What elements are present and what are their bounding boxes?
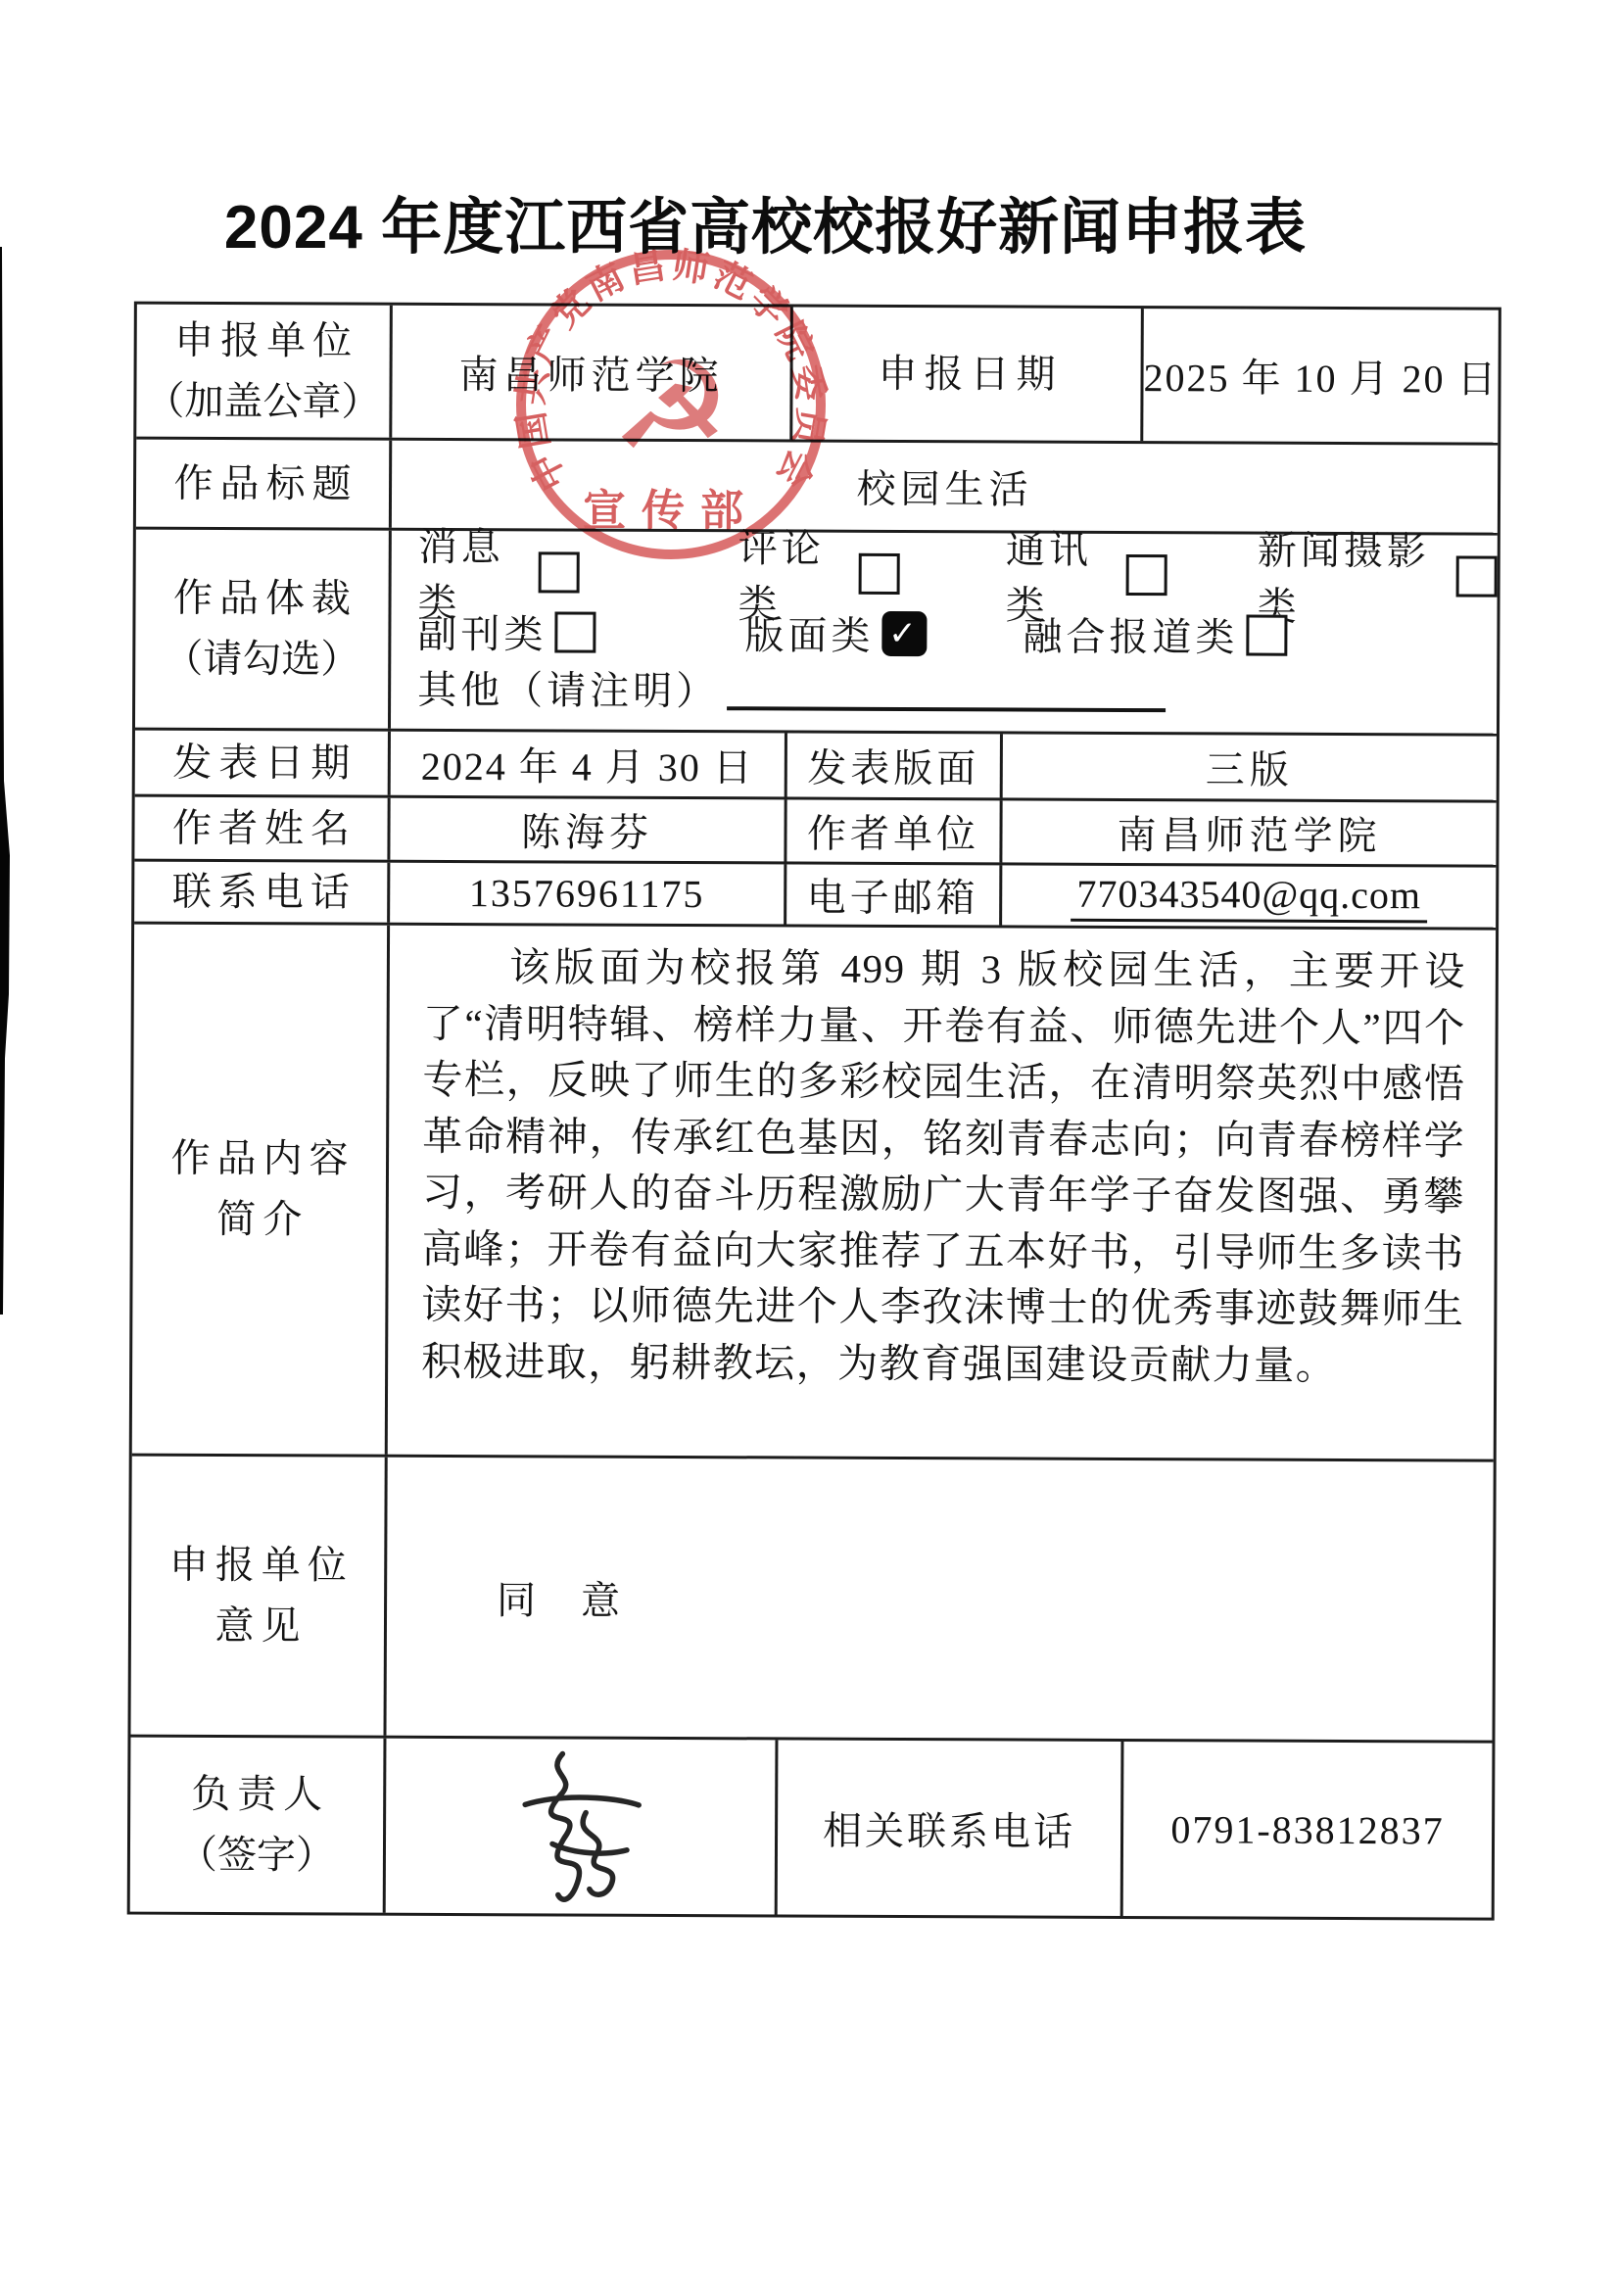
checkbox-icon: [539, 551, 580, 593]
summary-label-line1: 作品内容: [164, 1128, 355, 1190]
publish-page-label: 发表版面: [787, 733, 1003, 797]
signer-label-line2: （签字）: [178, 1825, 335, 1887]
checkbox-icon: [1246, 614, 1287, 655]
unit-opinion-value: 同 意: [386, 1458, 1493, 1741]
email-label: 电子邮箱: [786, 864, 1002, 925]
row-contact: 联系电话 13576961175 电子邮箱 770343540@qq.com: [134, 862, 1496, 931]
contact-phone-value: 13576961175: [390, 863, 786, 925]
publish-page-value: 三版: [1003, 734, 1497, 799]
genre-item: 副刊类: [417, 603, 595, 660]
summary-label-line2: 简介: [210, 1189, 309, 1250]
row-unit-opinion: 申报单位 意见 同 意: [130, 1457, 1493, 1744]
genre-other-label: 其他（请注明）: [417, 659, 719, 716]
declare-unit-label: 申报单位 （加盖公章）: [136, 305, 393, 438]
checkbox-icon: [1126, 554, 1167, 596]
scan-edge-artifact: [0, 247, 12, 1315]
related-phone-label: 相关联系电话: [778, 1740, 1124, 1916]
row-author: 作者姓名 陈海芬 作者单位 南昌师范学院: [134, 797, 1496, 868]
author-name-label: 作者姓名: [134, 797, 390, 860]
genre-item: 融合报道类: [1023, 606, 1287, 663]
summary-content: 该版面为校报第 499 期 3 版校园生活，主要开设了“清明特辑、榜样力量、开卷…: [388, 926, 1496, 1459]
publish-date-value: 2024 年 4 月 30 日: [391, 732, 787, 797]
genre-other-blank-line: [727, 667, 1166, 712]
author-unit-label: 作者单位: [786, 799, 1002, 862]
publish-date-label: 发表日期: [135, 731, 391, 795]
application-form-table: 申报单位 （加盖公章） 南昌师范学院 申报日期 2025 年 10 月 20 日…: [127, 302, 1501, 1921]
related-phone-value: 0791-83812837: [1123, 1742, 1493, 1918]
handwritten-signature: [467, 1747, 693, 1910]
summary-label: 作品内容 简介: [132, 925, 390, 1455]
unit-opinion-label-line1: 申报单位: [163, 1535, 354, 1597]
author-name-value: 陈海芬: [390, 798, 786, 862]
row-summary: 作品内容 简介 该版面为校报第 499 期 3 版校园生活，主要开设了“清明特辑…: [132, 925, 1496, 1462]
scanned-form-page: 2024 年度江西省高校校报好新闻申报表 申报单位 （加盖公章） 南昌师范学院 …: [0, 0, 1619, 2296]
unit-opinion-label-line2: 意见: [208, 1596, 307, 1656]
genre-label-line2: （请勾选）: [164, 629, 359, 691]
checkbox-icon: [554, 611, 595, 652]
contact-phone-label: 联系电话: [134, 862, 390, 923]
declare-date-label: 申报日期: [792, 308, 1144, 442]
genre-line-other: 其他（请注明）: [391, 659, 1497, 720]
declare-unit-value: 南昌师范学院: [392, 306, 793, 440]
genre-line-2: 副刊类 版面类 融合报道类: [391, 603, 1497, 664]
genre-options: 消息类 评论类 通讯类 新闻摄影类 副刊类 版面类 融合报道类 其他（请注明）: [391, 531, 1498, 734]
genre-label-line1: 作品体裁: [167, 568, 357, 630]
summary-paragraph: 该版面为校报第 499 期 3 版校园生活，主要开设了“清明特辑、榜样力量、开卷…: [421, 939, 1466, 1395]
work-title-label: 作品标题: [136, 440, 392, 528]
checkbox-icon: [1456, 555, 1498, 597]
signer-label: 负责人 （签字）: [130, 1738, 387, 1913]
row-publish-date: 发表日期 2024 年 4 月 30 日 发表版面 三版: [135, 731, 1497, 803]
genre-item: 版面类: [744, 604, 927, 661]
declare-unit-label-line1: 申报单位: [167, 310, 358, 371]
genre-line-1: 消息类 评论类 通讯类 新闻摄影类: [392, 541, 1498, 608]
email-value: 770343540@qq.com: [1002, 865, 1496, 927]
checkbox-icon: [859, 553, 900, 595]
declare-unit-label-line2: （加盖公章）: [145, 370, 380, 432]
row-genre: 作品体裁 （请勾选） 消息类 评论类 通讯类 新闻摄影类 副刊类 版面类 融合报…: [135, 530, 1498, 737]
declare-date-value: 2025 年 10 月 20 日: [1143, 309, 1499, 443]
row-signer: 负责人 （签字） 相关联系电话 0791-83812837: [130, 1738, 1493, 1918]
signature-cell: [386, 1739, 779, 1915]
form-title: 2024 年度江西省高校校报好新闻申报表: [0, 178, 1575, 265]
genre-label: 作品体裁 （请勾选）: [135, 530, 392, 729]
author-unit-value: 南昌师范学院: [1002, 800, 1496, 864]
signer-label-line1: 负责人: [184, 1764, 329, 1826]
row-declare-unit: 申报单位 （加盖公章） 南昌师范学院 申报日期 2025 年 10 月 20 日: [136, 305, 1499, 446]
checkbox-checked-icon: [881, 610, 927, 655]
unit-opinion-label: 申报单位 意见: [130, 1457, 387, 1736]
